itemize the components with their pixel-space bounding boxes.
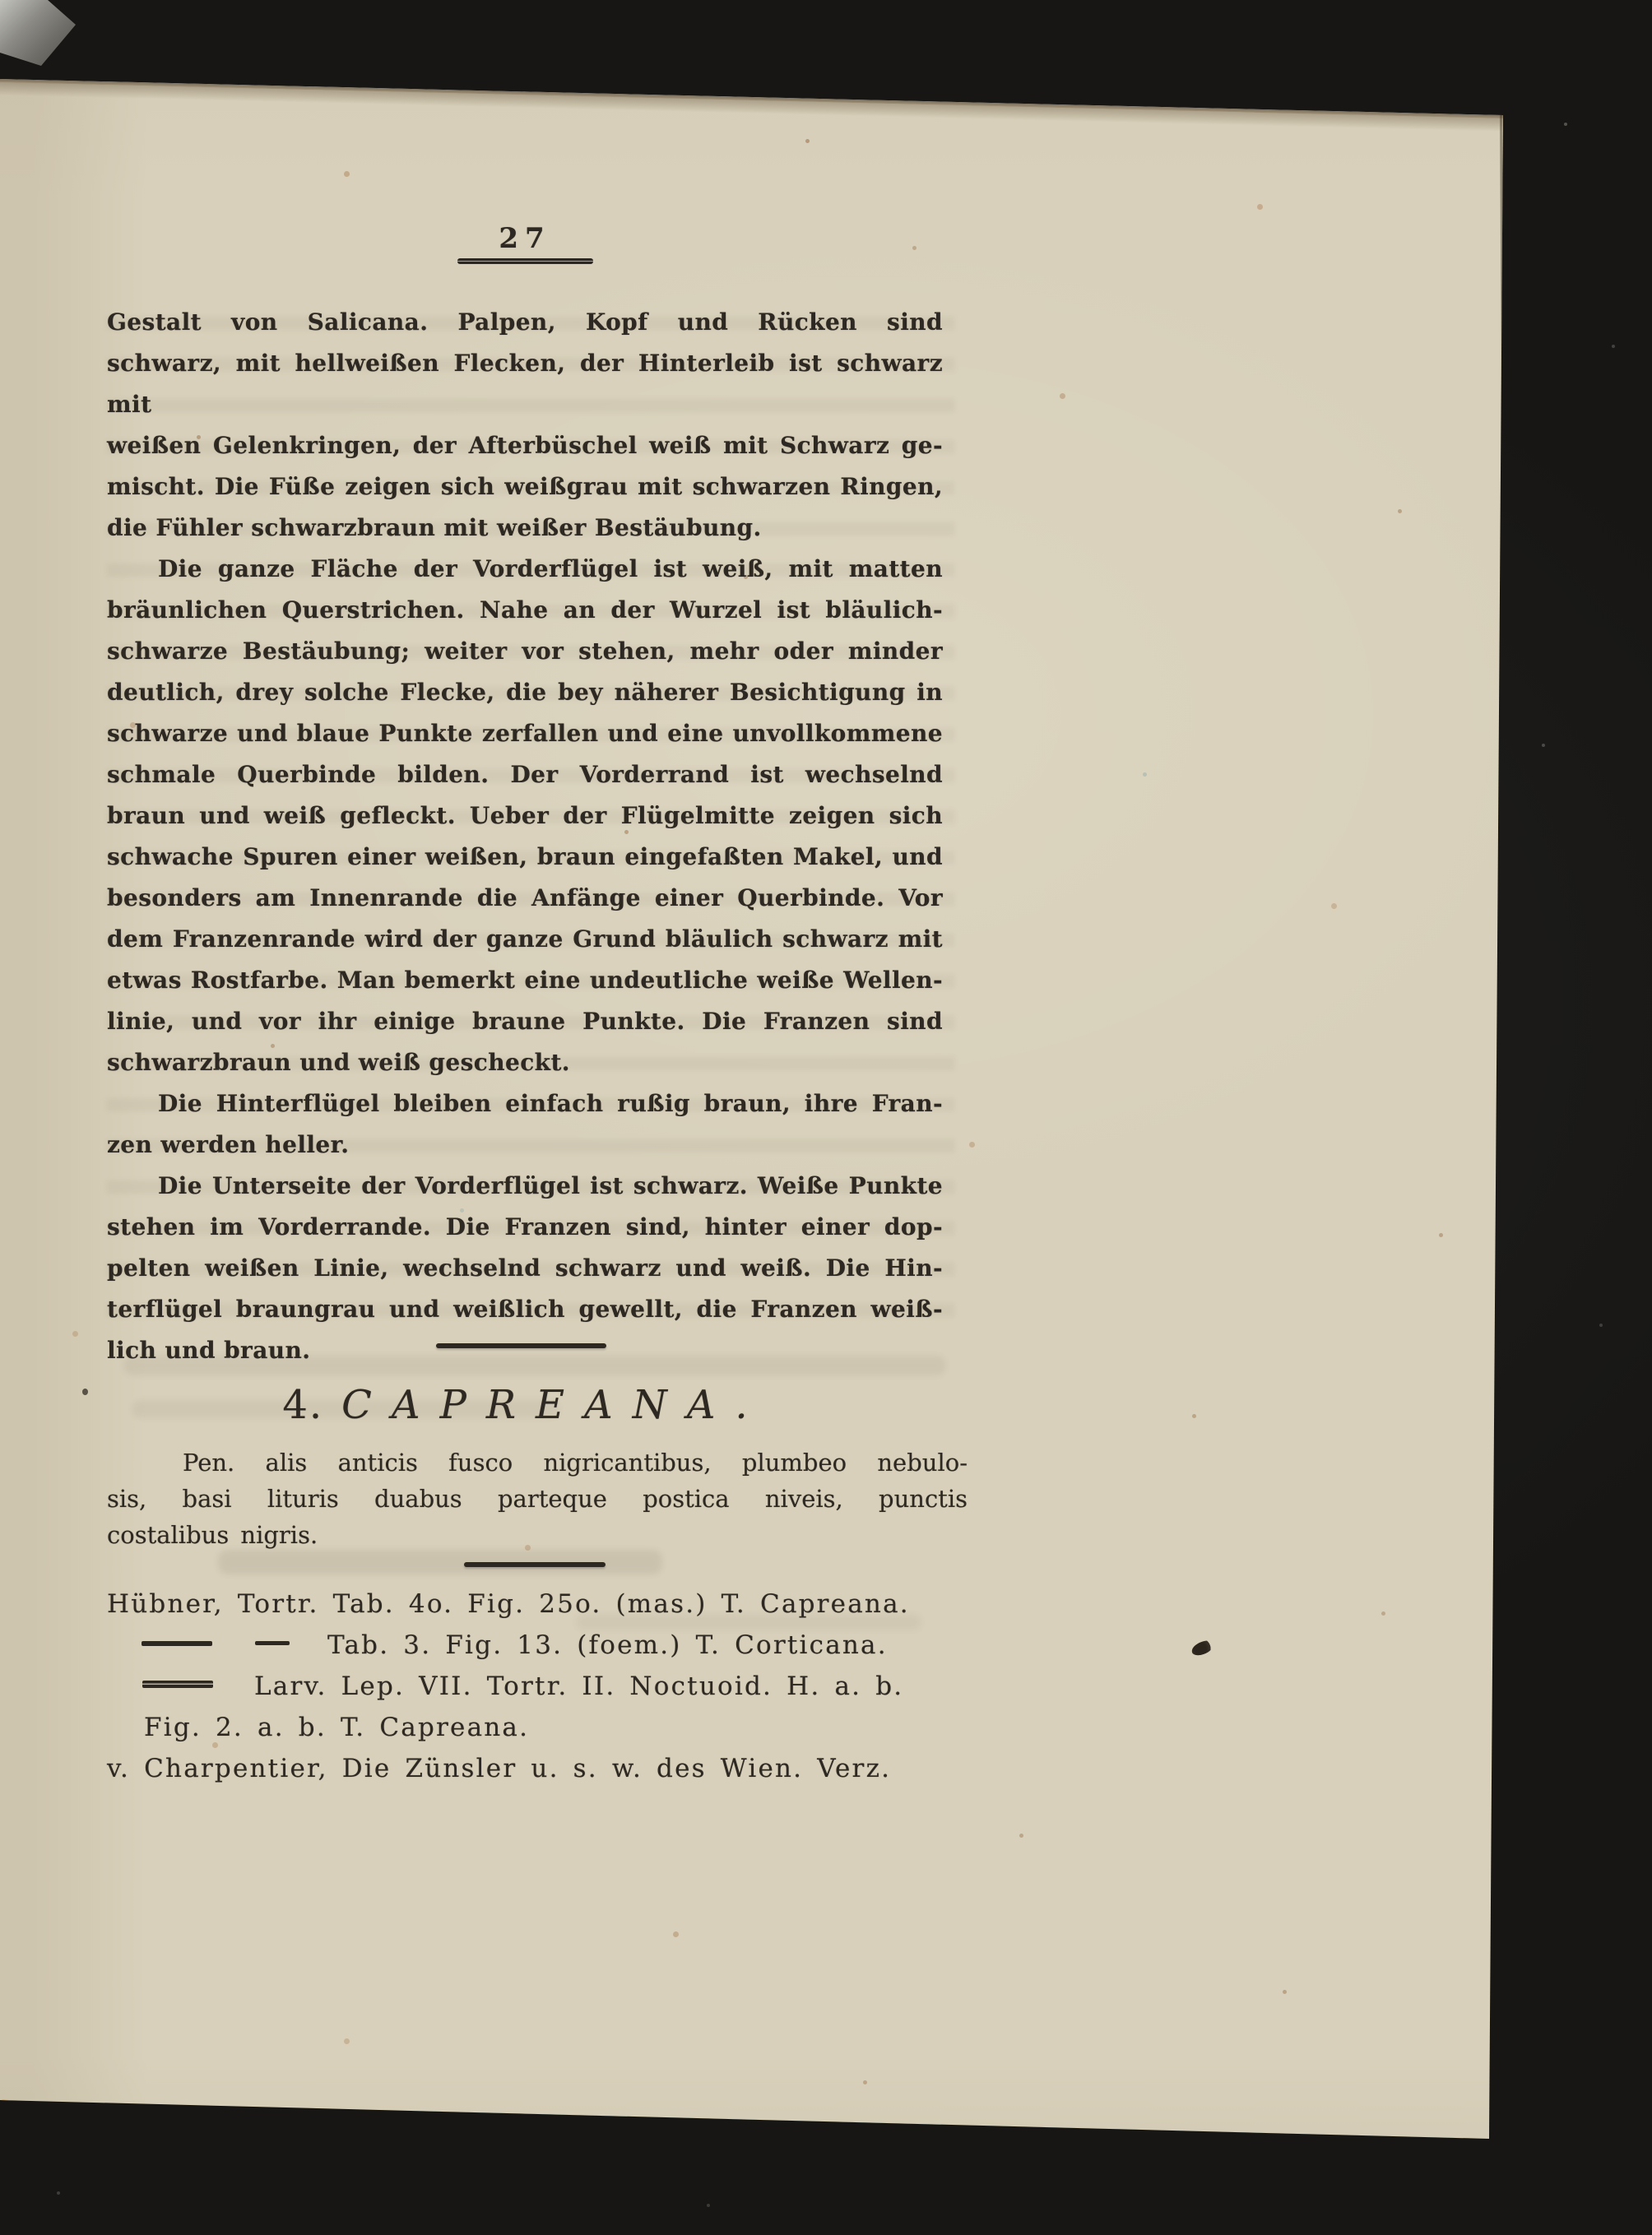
ditto-dash-icon <box>142 1681 213 1688</box>
text-line: terflügel braungrau und weißlich gewellt… <box>107 1289 943 1330</box>
page-number: 27 <box>107 222 943 255</box>
ditto-dash-icon <box>255 1641 290 1645</box>
reference-text: Larv. Lep. VII. Tortr. II. Noctuoid. H. … <box>254 1672 903 1701</box>
text-line: etwas Rostfarbe. Man bemerkt eine undeut… <box>107 960 943 1001</box>
latin-diagnosis: Pen. alis anticis fusco nigricantibus, p… <box>107 1444 968 1553</box>
text-line: braun und weiß gefleckt. Ueber der Flüge… <box>107 795 943 837</box>
section-number: 4. <box>282 1382 323 1428</box>
text-line: Die Hinterflügel bleiben einfach rußig b… <box>107 1083 943 1124</box>
book-page: 27 Gestalt von Salicana. Palpen, Kopf un… <box>0 0 1652 2235</box>
text-line: mischt. Die Füße zeigen sich weißgrau mi… <box>107 466 943 508</box>
text-line: dem Franzenrande wird der ganze Grund bl… <box>107 919 943 960</box>
text-line: schwarze und blaue Punkte zerfallen und … <box>107 713 943 754</box>
text-line: schwarzbraun und weiß gescheckt. <box>107 1042 943 1083</box>
text-line: lich und braun. <box>107 1330 943 1371</box>
ink-speck <box>82 1389 88 1395</box>
paragraph-3: Die Hinterflügel bleiben einfach rußig b… <box>107 1083 943 1166</box>
ink-blot <box>1190 1639 1214 1658</box>
text-line: Die ganze Fläche der Vorderflügel ist we… <box>107 549 943 590</box>
paragraph-4: Die Unterseite der Vorderflügel ist schw… <box>107 1166 943 1371</box>
text-line: Die Unterseite der Vorderflügel ist schw… <box>107 1166 943 1207</box>
reference-text: Hübner, Tortr. Tab. 4o. Fig. 25o. (mas.)… <box>107 1589 910 1619</box>
corner-clamp <box>0 0 79 71</box>
reference-line: Larv. Lep. VII. Tortr. II. Noctuoid. H. … <box>107 1666 979 1707</box>
reference-text: Tab. 3. Fig. 13. (foem.) T. Corticana. <box>327 1630 888 1660</box>
page-number-rule <box>457 258 593 264</box>
page-bottom-edge <box>411 2111 1491 2141</box>
text-line: schwarz, mit hellweißen Flecken, der Hin… <box>107 343 943 425</box>
references-block: Hübner, Tortr. Tab. 4o. Fig. 25o. (mas.)… <box>107 1584 979 1789</box>
text-line: costalibus nigris. <box>107 1517 968 1553</box>
reference-line: Fig. 2. a. b. T. Capreana. <box>107 1707 979 1748</box>
text-line: schwarze Bestäubung; weiter vor stehen, … <box>107 631 943 672</box>
text-line: Gestalt von Salicana. Palpen, Kopf und R… <box>107 302 943 343</box>
ditto-dash-icon <box>142 1641 212 1646</box>
section-separator-rule <box>436 1343 606 1348</box>
text-line: bräunlichen Querstrichen. Nahe an der Wu… <box>107 590 943 631</box>
text-line: weißen Gelenkringen, der Afterbüschel we… <box>107 425 943 466</box>
reference-separator-rule <box>464 1562 606 1567</box>
species-name: CAPREANA. <box>341 1382 767 1428</box>
reference-text: v. Charpentier, Die Zünsler u. s. w. des… <box>107 1754 891 1783</box>
scan-background: 27 Gestalt von Salicana. Palpen, Kopf un… <box>0 0 1652 2235</box>
dust-particles <box>0 0 2 2</box>
paragraph-1: Gestalt von Salicana. Palpen, Kopf und R… <box>107 302 943 549</box>
text-line: stehen im Vorderrande. Die Franzen sind,… <box>107 1207 943 1248</box>
text-line: Pen. alis anticis fusco nigricantibus, p… <box>107 1444 968 1481</box>
section-heading: 4.CAPREANA. <box>107 1382 943 1428</box>
text-line: die Fühler schwarzbraun mit weißer Bestä… <box>107 508 943 549</box>
text-line: deutlich, drey solche Flecke, die bey nä… <box>107 672 943 713</box>
text-line: pelten weißen Linie, wechselnd schwarz u… <box>107 1248 943 1289</box>
reference-line: Tab. 3. Fig. 13. (foem.) T. Corticana. <box>107 1625 979 1666</box>
page-right-edge <box>1500 115 1515 2140</box>
text-line: schmale Querbinde bilden. Der Vorderrand… <box>107 754 943 795</box>
paragraph-2: Die ganze Fläche der Vorderflügel ist we… <box>107 549 943 1083</box>
text-line: zen werden heller. <box>107 1124 943 1166</box>
reference-line: v. Charpentier, Die Zünsler u. s. w. des… <box>107 1748 979 1789</box>
text-line: sis, basi lituris duabus parteque postic… <box>107 1481 968 1517</box>
reference-text: Fig. 2. a. b. T. Capreana. <box>144 1713 529 1742</box>
reference-line: Hübner, Tortr. Tab. 4o. Fig. 25o. (mas.)… <box>107 1584 979 1625</box>
text-line: schwache Spuren einer weißen, braun eing… <box>107 837 943 878</box>
page-header: 27 <box>107 222 943 264</box>
text-line: besonders am Innenrande die Anfänge eine… <box>107 878 943 919</box>
page-bottom-corner-edge <box>2 2099 190 2122</box>
page-top-edge-shadow <box>0 82 1505 132</box>
body-text: Gestalt von Salicana. Palpen, Kopf und R… <box>107 302 943 1371</box>
text-line: linie, und vor ihr einige braune Punkte.… <box>107 1001 943 1042</box>
